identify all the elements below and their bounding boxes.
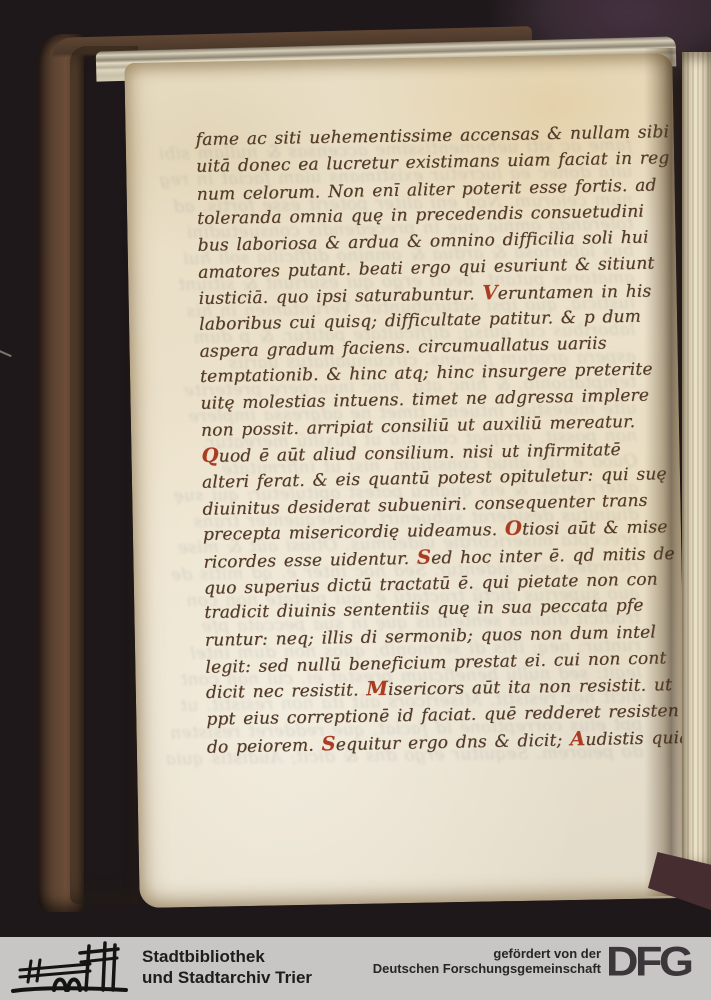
- line-text: do peiorem.: [207, 735, 322, 757]
- rubricated-initial: O: [505, 517, 523, 540]
- line-text: ricordes esse uidentur.: [203, 549, 417, 573]
- rubricated-initial: Q: [201, 443, 219, 466]
- line-text: precepta misericordię uideamus.: [203, 520, 505, 545]
- library-name-line1: Stadtbibliothek: [142, 946, 312, 967]
- manuscript-photo: fame ac siti uehementissime accensas & n…: [0, 0, 711, 1000]
- line-text: iusticiā. quo ipsi saturabuntur.: [198, 284, 482, 309]
- line-text: isericors aūt ita non resistit. ut: [388, 675, 672, 700]
- line-text: temptationib. & hinc atq; hinc insurgere…: [200, 359, 653, 387]
- background-scratch: [0, 349, 12, 357]
- line-text: eruntamen in his: [498, 281, 652, 304]
- facing-page-fore-edge: [682, 52, 711, 874]
- line-text: uod ē aūt aliud consilium. nisi ut infir…: [219, 440, 621, 467]
- funding-credit: gefördert von der Deutschen Forschungsge…: [373, 946, 601, 976]
- library-name: Stadtbibliothek und Stadtarchiv Trier: [142, 946, 312, 988]
- library-name-line2: und Stadtarchiv Trier: [142, 967, 312, 988]
- rubricated-initial: V: [482, 281, 498, 304]
- funding-line1: gefördert von der: [373, 946, 601, 961]
- funding-line2: Deutschen Forschungsgemeinschaft: [373, 961, 601, 976]
- dfg-logo: DFG: [606, 938, 691, 986]
- line-text: toleranda omnia quę in precedendis consu…: [197, 201, 644, 228]
- line-text: equitur ergo dns & dicit;: [336, 730, 571, 755]
- rubricated-initial: M: [366, 677, 388, 700]
- line-text: ed hoc inter ē. qd mitis de: [431, 544, 675, 568]
- rubricated-initial: A: [570, 727, 586, 750]
- rubricated-initial: S: [321, 732, 336, 755]
- line-text: tradicit diuinis sententiis quę in sua p…: [204, 596, 644, 623]
- line-text: dicit nec resistit.: [206, 680, 367, 703]
- manuscript-page: fame ac siti uehementissime accensas & n…: [124, 53, 687, 908]
- line-text: fame ac siti uehementissime accensas & n…: [196, 122, 670, 150]
- rubricated-initial: S: [417, 545, 432, 568]
- porta-nigra-logo-icon: [10, 940, 130, 997]
- footer-banner: Stadtbibliothek und Stadtarchiv Trier ge…: [0, 937, 711, 1000]
- manuscript-text-block: fame ac siti uehementissime accensas & n…: [196, 120, 655, 759]
